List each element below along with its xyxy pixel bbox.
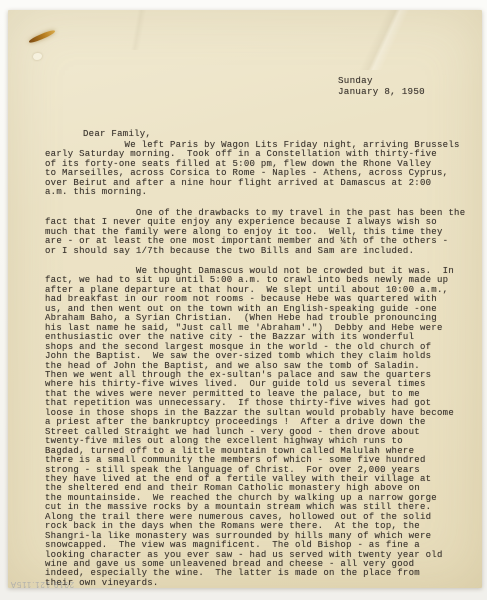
photo-background: Sunday January 8, 1950 Dear Family, We l…: [0, 0, 487, 600]
letter-body: We left Paris by Wagon Lits Friday night…: [45, 141, 465, 599]
paragraph-1: We left Paris by Wagon Lits Friday night…: [45, 141, 465, 198]
date-full: January 8, 1950: [338, 86, 425, 97]
paper-chip-mark: [33, 53, 42, 60]
paragraph-2: One of the drawbacks to my travel in the…: [45, 209, 465, 256]
salutation: Dear Family,: [83, 129, 151, 139]
date-day: Sunday: [338, 75, 373, 86]
paper-crease: [282, 10, 482, 70]
catalog-number: 2019.121.115A: [10, 580, 74, 589]
letter-paper: Sunday January 8, 1950 Dear Family, We l…: [8, 10, 482, 588]
rust-stain-mark: [28, 29, 56, 45]
date-block: Sunday January 8, 1950: [338, 76, 425, 97]
paper-crease: [78, 10, 198, 50]
paragraph-3: We thought Damascus would not be crowded…: [45, 267, 465, 588]
